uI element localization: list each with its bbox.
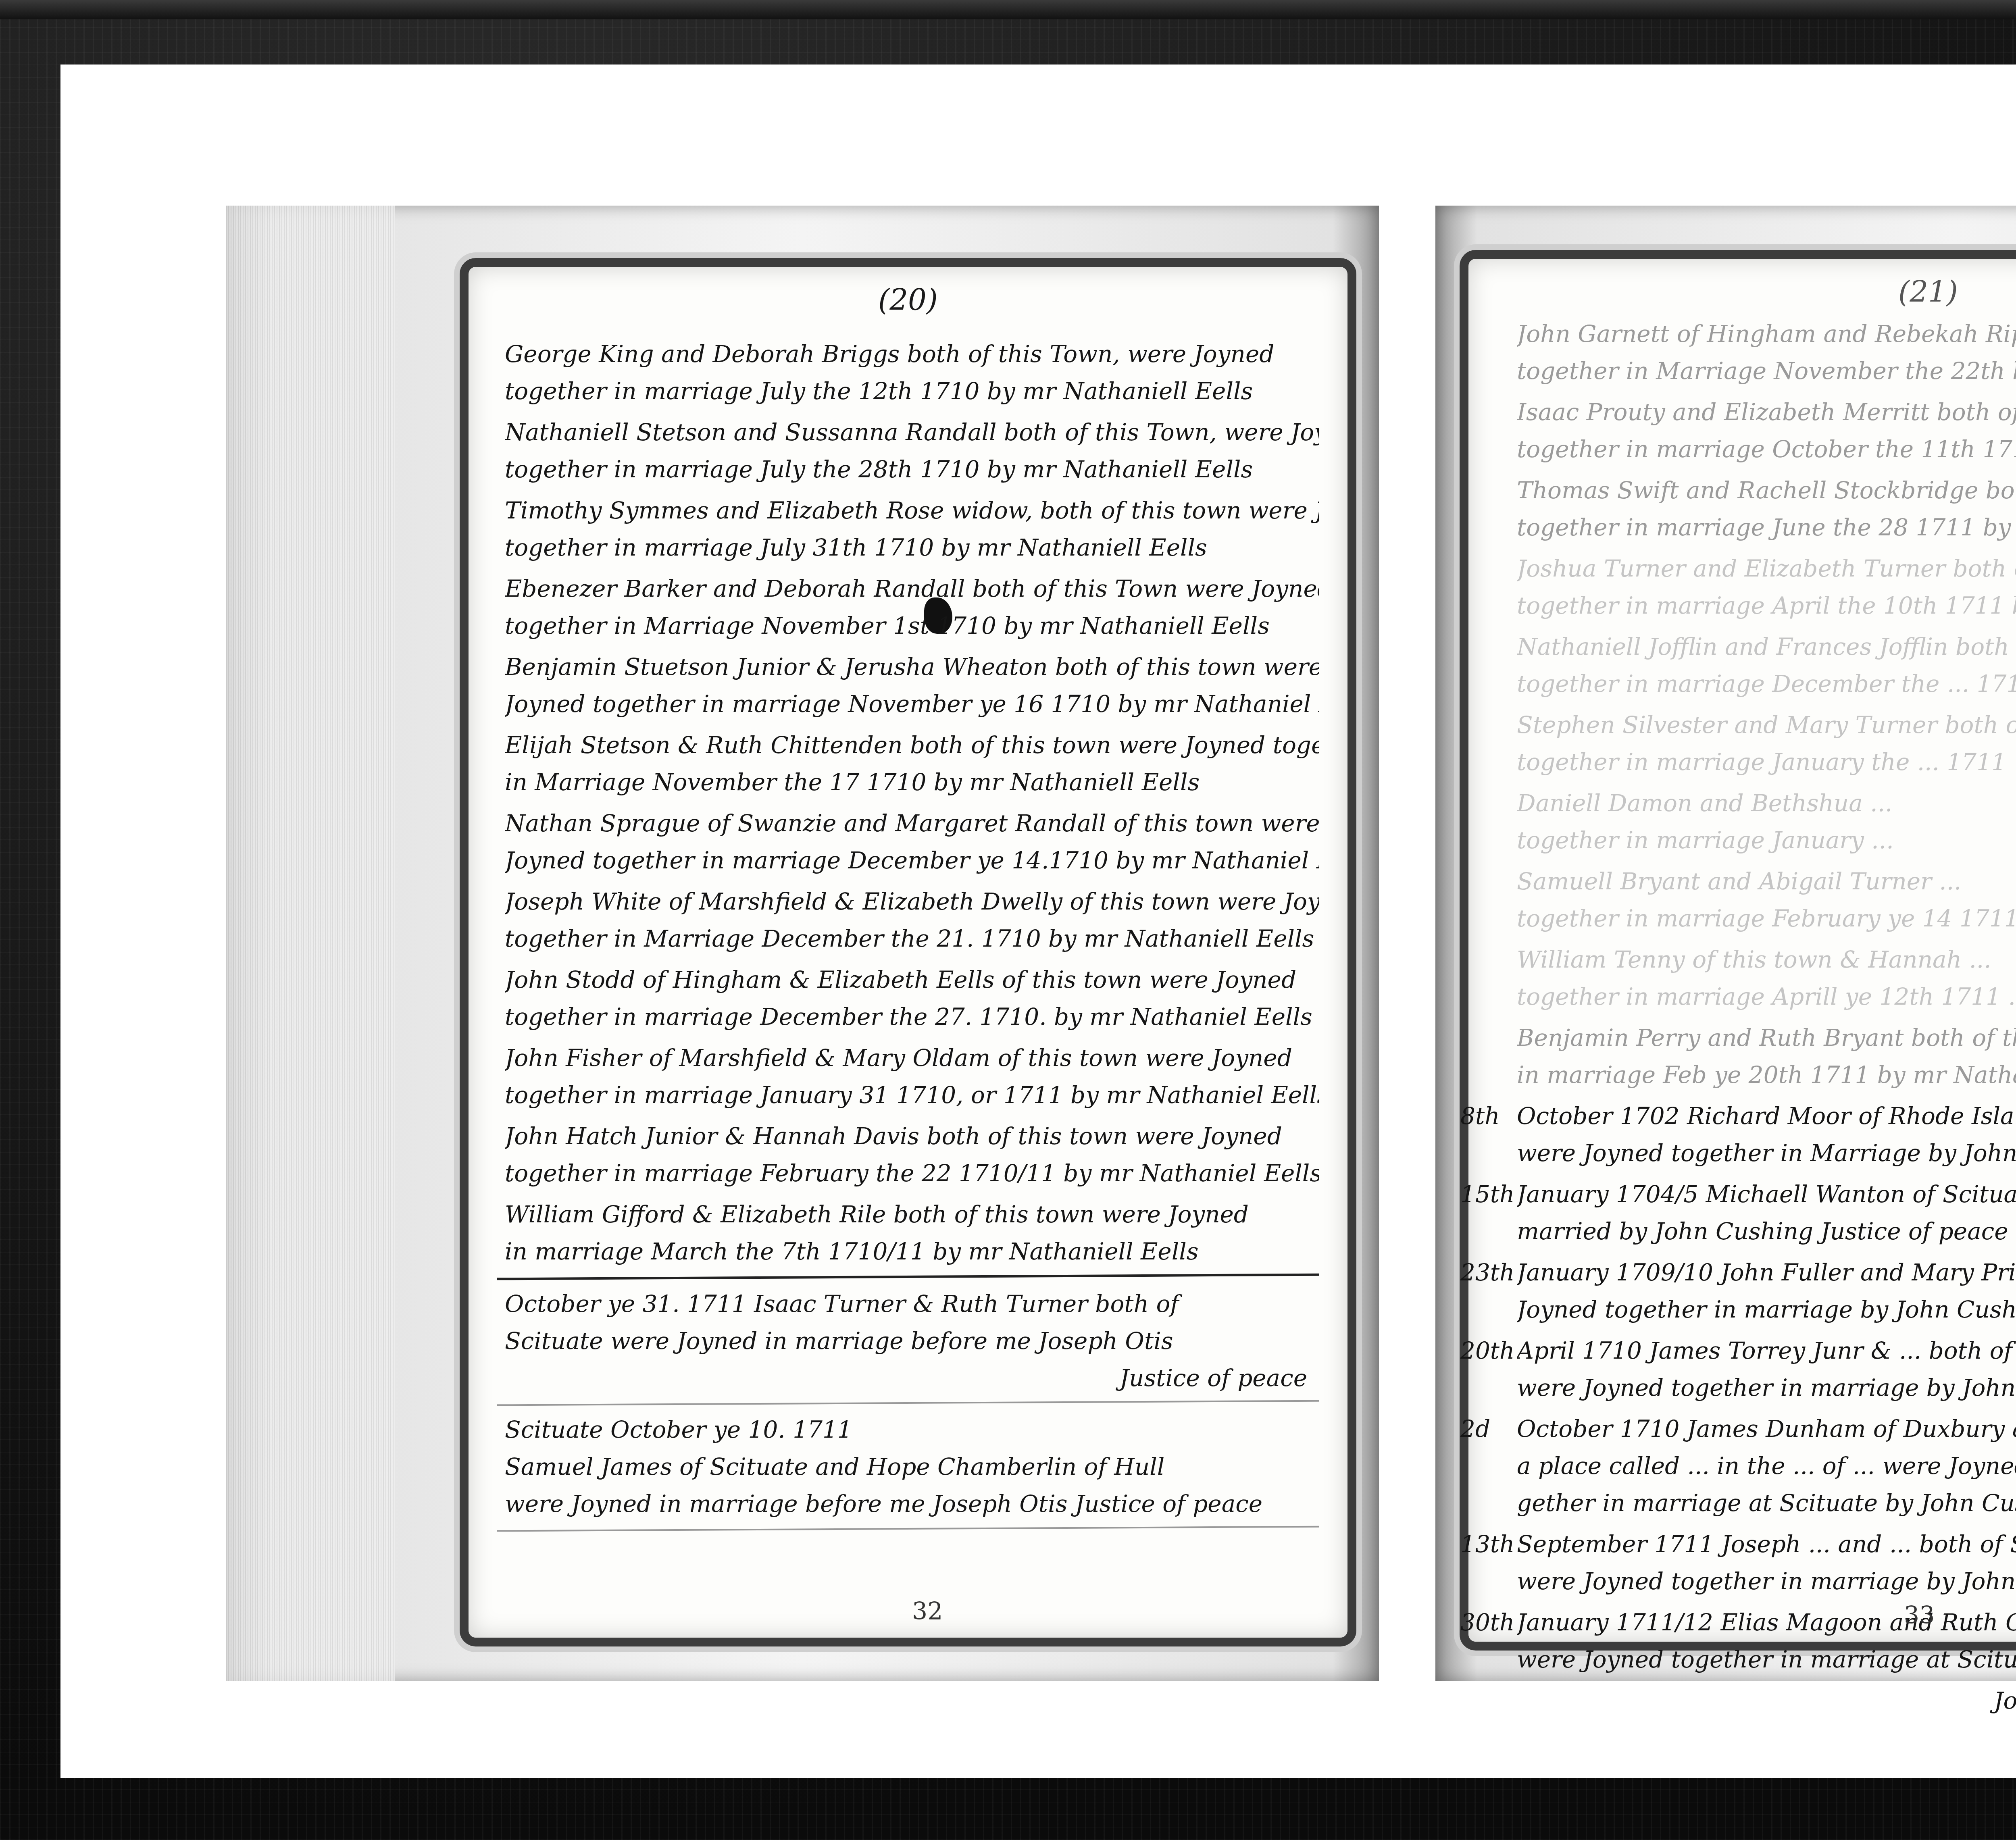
entry-line: together in Marriage November the 22th b… [1517, 352, 2016, 389]
entry-line: October ye 31. 1711 Isaac Turner & Ruth … [505, 1285, 1319, 1322]
marriage-entry: Elijah Stetson & Ruth Chittenden both of… [505, 726, 1319, 801]
marriage-entry: John Garnett of Hingham and Rebekah Ripl… [1517, 315, 2016, 389]
marriage-entry: John Hatch Junior & Hannah Davis both of… [505, 1118, 1319, 1192]
entry-line: Elijah Stetson & Ruth Chittenden both of… [505, 726, 1319, 764]
entry-line: Stephen Silvester and Mary Turner both o… [1517, 706, 2016, 743]
marriage-entry: Joshua Turner and Elizabeth Turner both … [1517, 550, 2016, 624]
entry-line: were Joyned together in Marriage by John… [1517, 1134, 2016, 1172]
entry-line: John Fisher of Marshfield & Mary Oldam o… [505, 1039, 1319, 1076]
entry-list: John Garnett of Hingham and Rebekah Ripl… [1517, 315, 2016, 1719]
entry-line: October 1710 James Dunham of Duxbury and… [1517, 1410, 2016, 1447]
dated-entry: 20th April 1710 James Torrey Junr & ... … [1517, 1332, 2016, 1406]
right-page: (21) John Garnett of Hingham and Rebekah… [1460, 250, 2016, 1651]
dated-entry: 30th January 1711/12 Elias Magoon and Ru… [1517, 1604, 2016, 1678]
entry-line: January 1711/12 Elias Magoon and Ruth Ot… [1517, 1604, 2016, 1641]
binding-cloth [226, 206, 395, 1681]
entry-line: Scituate October ye 10. 1711 [505, 1411, 1319, 1448]
film-edge [0, 0, 2016, 19]
entry-line: Nathan Sprague of Swanzie and Margaret R… [505, 805, 1319, 842]
entry-line: together in marriage July the 28th 1710 … [505, 451, 1319, 488]
dated-entry: 2d October 1710 James Dunham of Duxbury … [1517, 1410, 2016, 1522]
entry-line: April 1710 James Torrey Junr & ... both … [1517, 1332, 2016, 1369]
divider-rule [497, 1400, 1319, 1406]
entry-line: together in marriage April the 10th 1711… [1517, 587, 2016, 624]
entry-line: Joshua Turner and Elizabeth Turner both … [1517, 550, 2016, 587]
dated-entry: 8th October 1702 Richard Moor of Rhode I… [1517, 1097, 2016, 1172]
book-spread: (20) George King and Deborah Briggs both… [226, 206, 2016, 1681]
marriage-entry: Timothy Symmes and Elizabeth Rose widow,… [505, 492, 1319, 566]
entry-line: October 1702 Richard Moor of Rhode Islan… [1517, 1097, 2016, 1134]
entry-line: together in marriage October the 11th 17… [1517, 431, 2016, 468]
margin-day: 20th [1460, 1332, 1514, 1369]
entry-line: Joyned together in marriage December ye … [505, 842, 1319, 879]
entry-line: together in marriage July the 12th 1710 … [505, 373, 1319, 410]
entry-line: in marriage Feb ye 20th 1711 by mr Natha… [1517, 1056, 2016, 1093]
margin-day: 13th [1460, 1526, 1514, 1563]
marriage-entry: William Gifford & Elizabeth Rile both of… [505, 1196, 1319, 1270]
entry-line: were Joyned together in marriage by John… [1517, 1563, 2016, 1600]
entry-line: together in marriage February ye 14 1711 [1517, 900, 2016, 937]
entry-line: together in marriage January the ... 171… [1517, 743, 2016, 781]
entry-line: Samuell Bryant and Abigail Turner ... [1517, 863, 2016, 900]
marriage-entry: William Tenny of this town & Hannah ... … [1517, 941, 2016, 1015]
entry-line: Nathaniell Jofflin and Frances Jofflin b… [1517, 628, 2016, 665]
entry-line: Nathaniell Stetson and Sussanna Randall … [505, 414, 1319, 451]
marriage-entry: Joseph White of Marshfield & Elizabeth D… [505, 883, 1319, 957]
left-page: (20) George King and Deborah Briggs both… [460, 258, 1356, 1646]
marriage-entry: Samuell Bryant and Abigail Turner ... to… [1517, 863, 2016, 937]
margin-day: 8th [1460, 1097, 1500, 1134]
entry-line: Timothy Symmes and Elizabeth Rose widow,… [505, 492, 1319, 529]
entry-line: were Joyned together in marriage by John… [1517, 1369, 2016, 1406]
folio-number: 33 [1904, 1601, 1935, 1630]
marriage-entry: Thomas Swift and Rachell Stockbridge bot… [1517, 472, 2016, 546]
dated-entry: 13th September 1711 Joseph ... and ... b… [1517, 1526, 2016, 1600]
entry-line: a place called ... in the ... of ... wer… [1517, 1447, 2016, 1484]
margin-day: 2d [1460, 1410, 1490, 1447]
margin-day: 15th [1460, 1176, 1514, 1213]
marriage-entry: John Stodd of Hingham & Elizabeth Eells … [505, 961, 1319, 1035]
margin-day: 23th [1460, 1254, 1514, 1291]
divider-rule [497, 1526, 1319, 1532]
entry-line: together in marriage July 31th 1710 by m… [505, 529, 1319, 566]
entry-line: together in marriage January 31 1710, or… [505, 1076, 1319, 1114]
dated-entry: 15th January 1704/5 Michaell Wanton of S… [1517, 1176, 2016, 1250]
entry-line: gether in marriage at Scituate by John C… [1517, 1484, 2016, 1522]
marriage-entry: Benjamin Perry and Ruth Bryant both of t… [1517, 1019, 2016, 1093]
entry-line: in marriage March the 7th 1710/11 by mr … [505, 1233, 1319, 1270]
marriage-entry: October ye 31. 1711 Isaac Turner & Ruth … [505, 1285, 1319, 1397]
marriage-entry: Nathaniell Jofflin and Frances Jofflin b… [1517, 628, 2016, 702]
marriage-entry: Nathan Sprague of Swanzie and Margaret R… [505, 805, 1319, 879]
entry-line: Daniell Damon and Bethshua ... [1517, 785, 2016, 822]
marriage-entry: Isaac Prouty and Elizabeth Merritt both … [1517, 393, 2016, 468]
marriage-entry: Ebenezer Barker and Deborah Randall both… [505, 570, 1319, 644]
entry-line: Joyned together in marriage by John Cush… [1517, 1291, 2016, 1328]
entry-line: were Joyned together in marriage at Scit… [1517, 1641, 2016, 1678]
entry-list: George King and Deborah Briggs both of t… [505, 335, 1319, 1537]
entry-line: Benjamin Perry and Ruth Bryant both of t… [1517, 1019, 2016, 1056]
entry-line: September 1711 Joseph ... and ... both o… [1517, 1526, 2016, 1563]
page-number: (20) [469, 283, 1347, 317]
entry-line: William Tenny of this town & Hannah ... [1517, 941, 2016, 978]
dated-entry: 23th January 1709/10 John Fuller and Mar… [1517, 1254, 2016, 1328]
entry-line: January 1704/5 Michaell Wanton of Scitua… [1517, 1176, 2016, 1213]
divider-rule [497, 1274, 1319, 1280]
marriage-entry: Stephen Silvester and Mary Turner both o… [1517, 706, 2016, 781]
entry-line: William Gifford & Elizabeth Rile both of… [505, 1196, 1319, 1233]
entry-line: John Garnett of Hingham and Rebekah Ripl… [1517, 315, 2016, 352]
entry-line: George King and Deborah Briggs both of t… [505, 335, 1319, 373]
entry-line: Benjamin Stuetson Junior & Jerusha Wheat… [505, 648, 1319, 685]
entry-line: January 1709/10 John Fuller and Mary Pri… [1517, 1254, 2016, 1291]
entry-line: together in marriage December the 27. 17… [505, 998, 1319, 1035]
entry-line: Thomas Swift and Rachell Stockbridge bot… [1517, 472, 2016, 509]
entry-line: Samuel James of Scituate and Hope Chambe… [505, 1448, 1319, 1485]
entry-line: together in Marriage November 1st 1710 b… [505, 607, 1319, 644]
entry-line: together in marriage Aprill ye 12th 1711… [1517, 978, 2016, 1015]
marriage-entry: Benjamin Stuetson Junior & Jerusha Wheat… [505, 648, 1319, 722]
entry-signoff: Justice of peace [505, 1359, 1319, 1397]
margin-day: 30th [1460, 1604, 1514, 1641]
entry-line: Isaac Prouty and Elizabeth Merritt both … [1517, 393, 2016, 431]
marriage-entry: Scituate October ye 10. 1711 Samuel Jame… [505, 1411, 1319, 1522]
marriage-entry: George King and Deborah Briggs both of t… [505, 335, 1319, 410]
justice-signoff: John Cushing Justice of peace [1517, 1682, 2016, 1719]
entry-line: together in Marriage December the 21. 17… [505, 920, 1319, 957]
entry-line: were Joyned in marriage before me Joseph… [505, 1485, 1319, 1522]
entry-line: Scituate were Joyned in marriage before … [505, 1322, 1319, 1359]
entry-line: together in marriage February the 22 171… [505, 1155, 1319, 1192]
entry-line: Joyned together in marriage November ye … [505, 685, 1319, 722]
entry-line: Ebenezer Barker and Deborah Randall both… [505, 570, 1319, 607]
marriage-entry: Nathaniell Stetson and Sussanna Randall … [505, 414, 1319, 488]
marriage-entry: Daniell Damon and Bethshua ... together … [1517, 785, 2016, 859]
marriage-entry: John Fisher of Marshfield & Mary Oldam o… [505, 1039, 1319, 1114]
page-number: (21) [1468, 275, 2016, 309]
entry-line: in Marriage November the 17 1710 by mr N… [505, 764, 1319, 801]
entry-line: John Stodd of Hingham & Elizabeth Eells … [505, 961, 1319, 998]
entry-line: John Hatch Junior & Hannah Davis both of… [505, 1118, 1319, 1155]
entry-line: Joseph White of Marshfield & Elizabeth D… [505, 883, 1319, 920]
entry-line: married by John Cushing Justice of peace [1517, 1213, 2016, 1250]
entry-line: together in marriage June the 28 1711 by… [1517, 509, 2016, 546]
entry-line: together in marriage January ... [1517, 822, 2016, 859]
folio-number: 32 [912, 1597, 943, 1626]
entry-line: together in marriage December the ... 17… [1517, 665, 2016, 702]
